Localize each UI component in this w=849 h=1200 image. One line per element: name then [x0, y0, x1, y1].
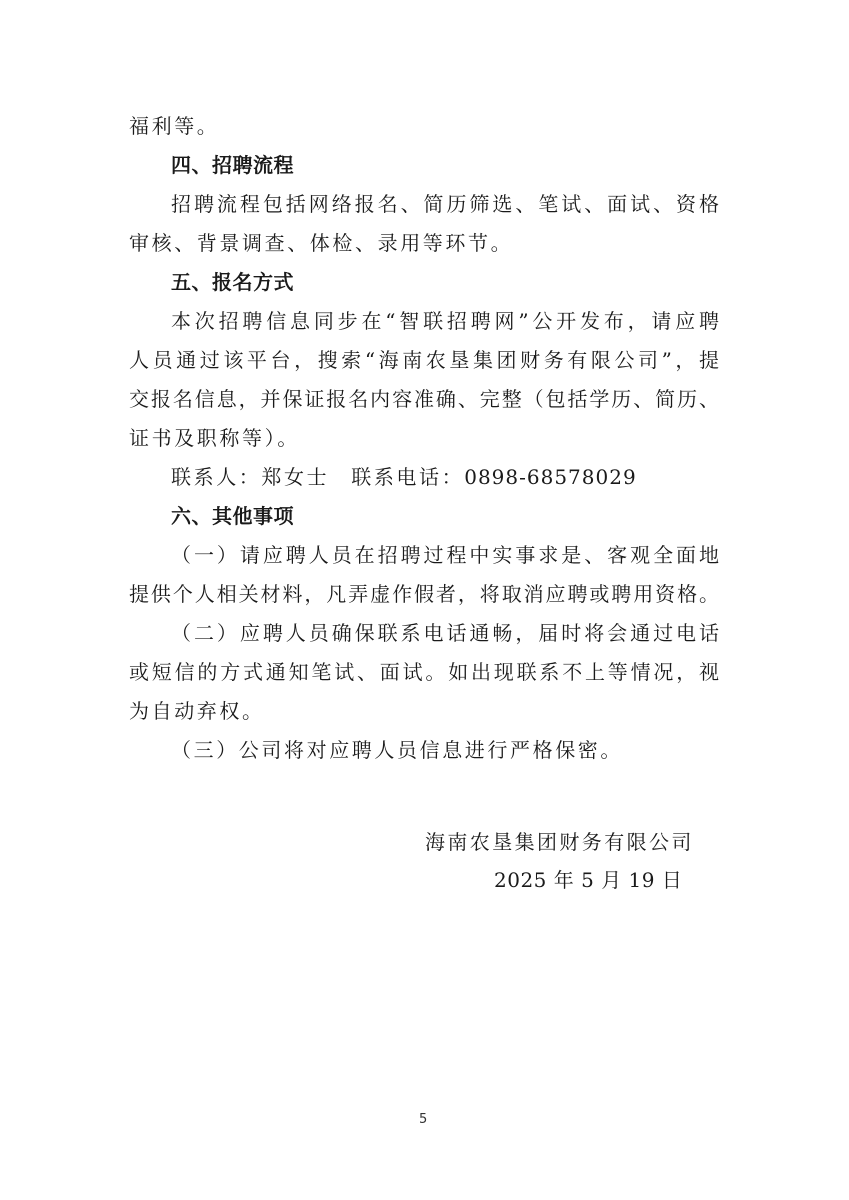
- document-page: 福利等。 四、招聘流程 招聘流程包括网络报名、简历筛选、笔试、面试、资格 审核、…: [0, 0, 849, 1200]
- paragraph-line: （二）应聘人员确保联系电话通畅，届时将会通过电话: [171, 619, 719, 647]
- contact-phone-label: 联系电话：: [351, 465, 464, 489]
- signature-organization: 海南农垦集团财务有限公司: [425, 828, 694, 856]
- paragraph-line: 或短信的方式通知笔试、面试。如出现联系不上等情况，视: [129, 658, 719, 686]
- page-number: 5: [419, 1112, 427, 1128]
- paragraph-line: 交报名信息，并保证报名内容准确、完整（包括学历、简历、: [129, 385, 719, 413]
- paragraph-line: （三）公司将对应聘人员信息进行严格保密。: [171, 736, 623, 764]
- section-heading-other-matters: 六、其他事项: [171, 502, 294, 530]
- paragraph-line: 招聘流程包括网络报名、简历筛选、笔试、面试、资格: [171, 190, 719, 218]
- paragraph-line: 审核、背景调查、体检、录用等环节。: [129, 229, 513, 257]
- continuation-text: 福利等。: [129, 112, 219, 140]
- contact-phone: 0898-68578029: [464, 465, 636, 489]
- paragraph-line: 本次招聘信息同步在“智联招聘网”公开发布，请应聘: [171, 307, 719, 335]
- paragraph-line: （一）请应聘人员在招聘过程中实事求是、客观全面地: [171, 541, 719, 569]
- section-heading-recruitment-process: 四、招聘流程: [171, 151, 294, 179]
- paragraph-line: 为自动弃权。: [129, 697, 265, 725]
- section-heading-application-method: 五、报名方式: [171, 268, 294, 296]
- contact-person: 郑女士: [261, 465, 329, 489]
- contact-person-label: 联系人：: [171, 465, 261, 489]
- contact-info: 联系人：郑女士联系电话：0898-68578029: [171, 463, 637, 491]
- paragraph-line: 提供个人相关材料，凡弄虚作假者，将取消应聘或聘用资格。: [129, 580, 719, 608]
- paragraph-line: 人员通过该平台，搜索“海南农垦集团财务有限公司”，提: [129, 346, 719, 374]
- signature-date: 2025 年 5 月 19 日: [494, 866, 682, 894]
- paragraph-line: 证书及职称等）。: [129, 424, 300, 452]
